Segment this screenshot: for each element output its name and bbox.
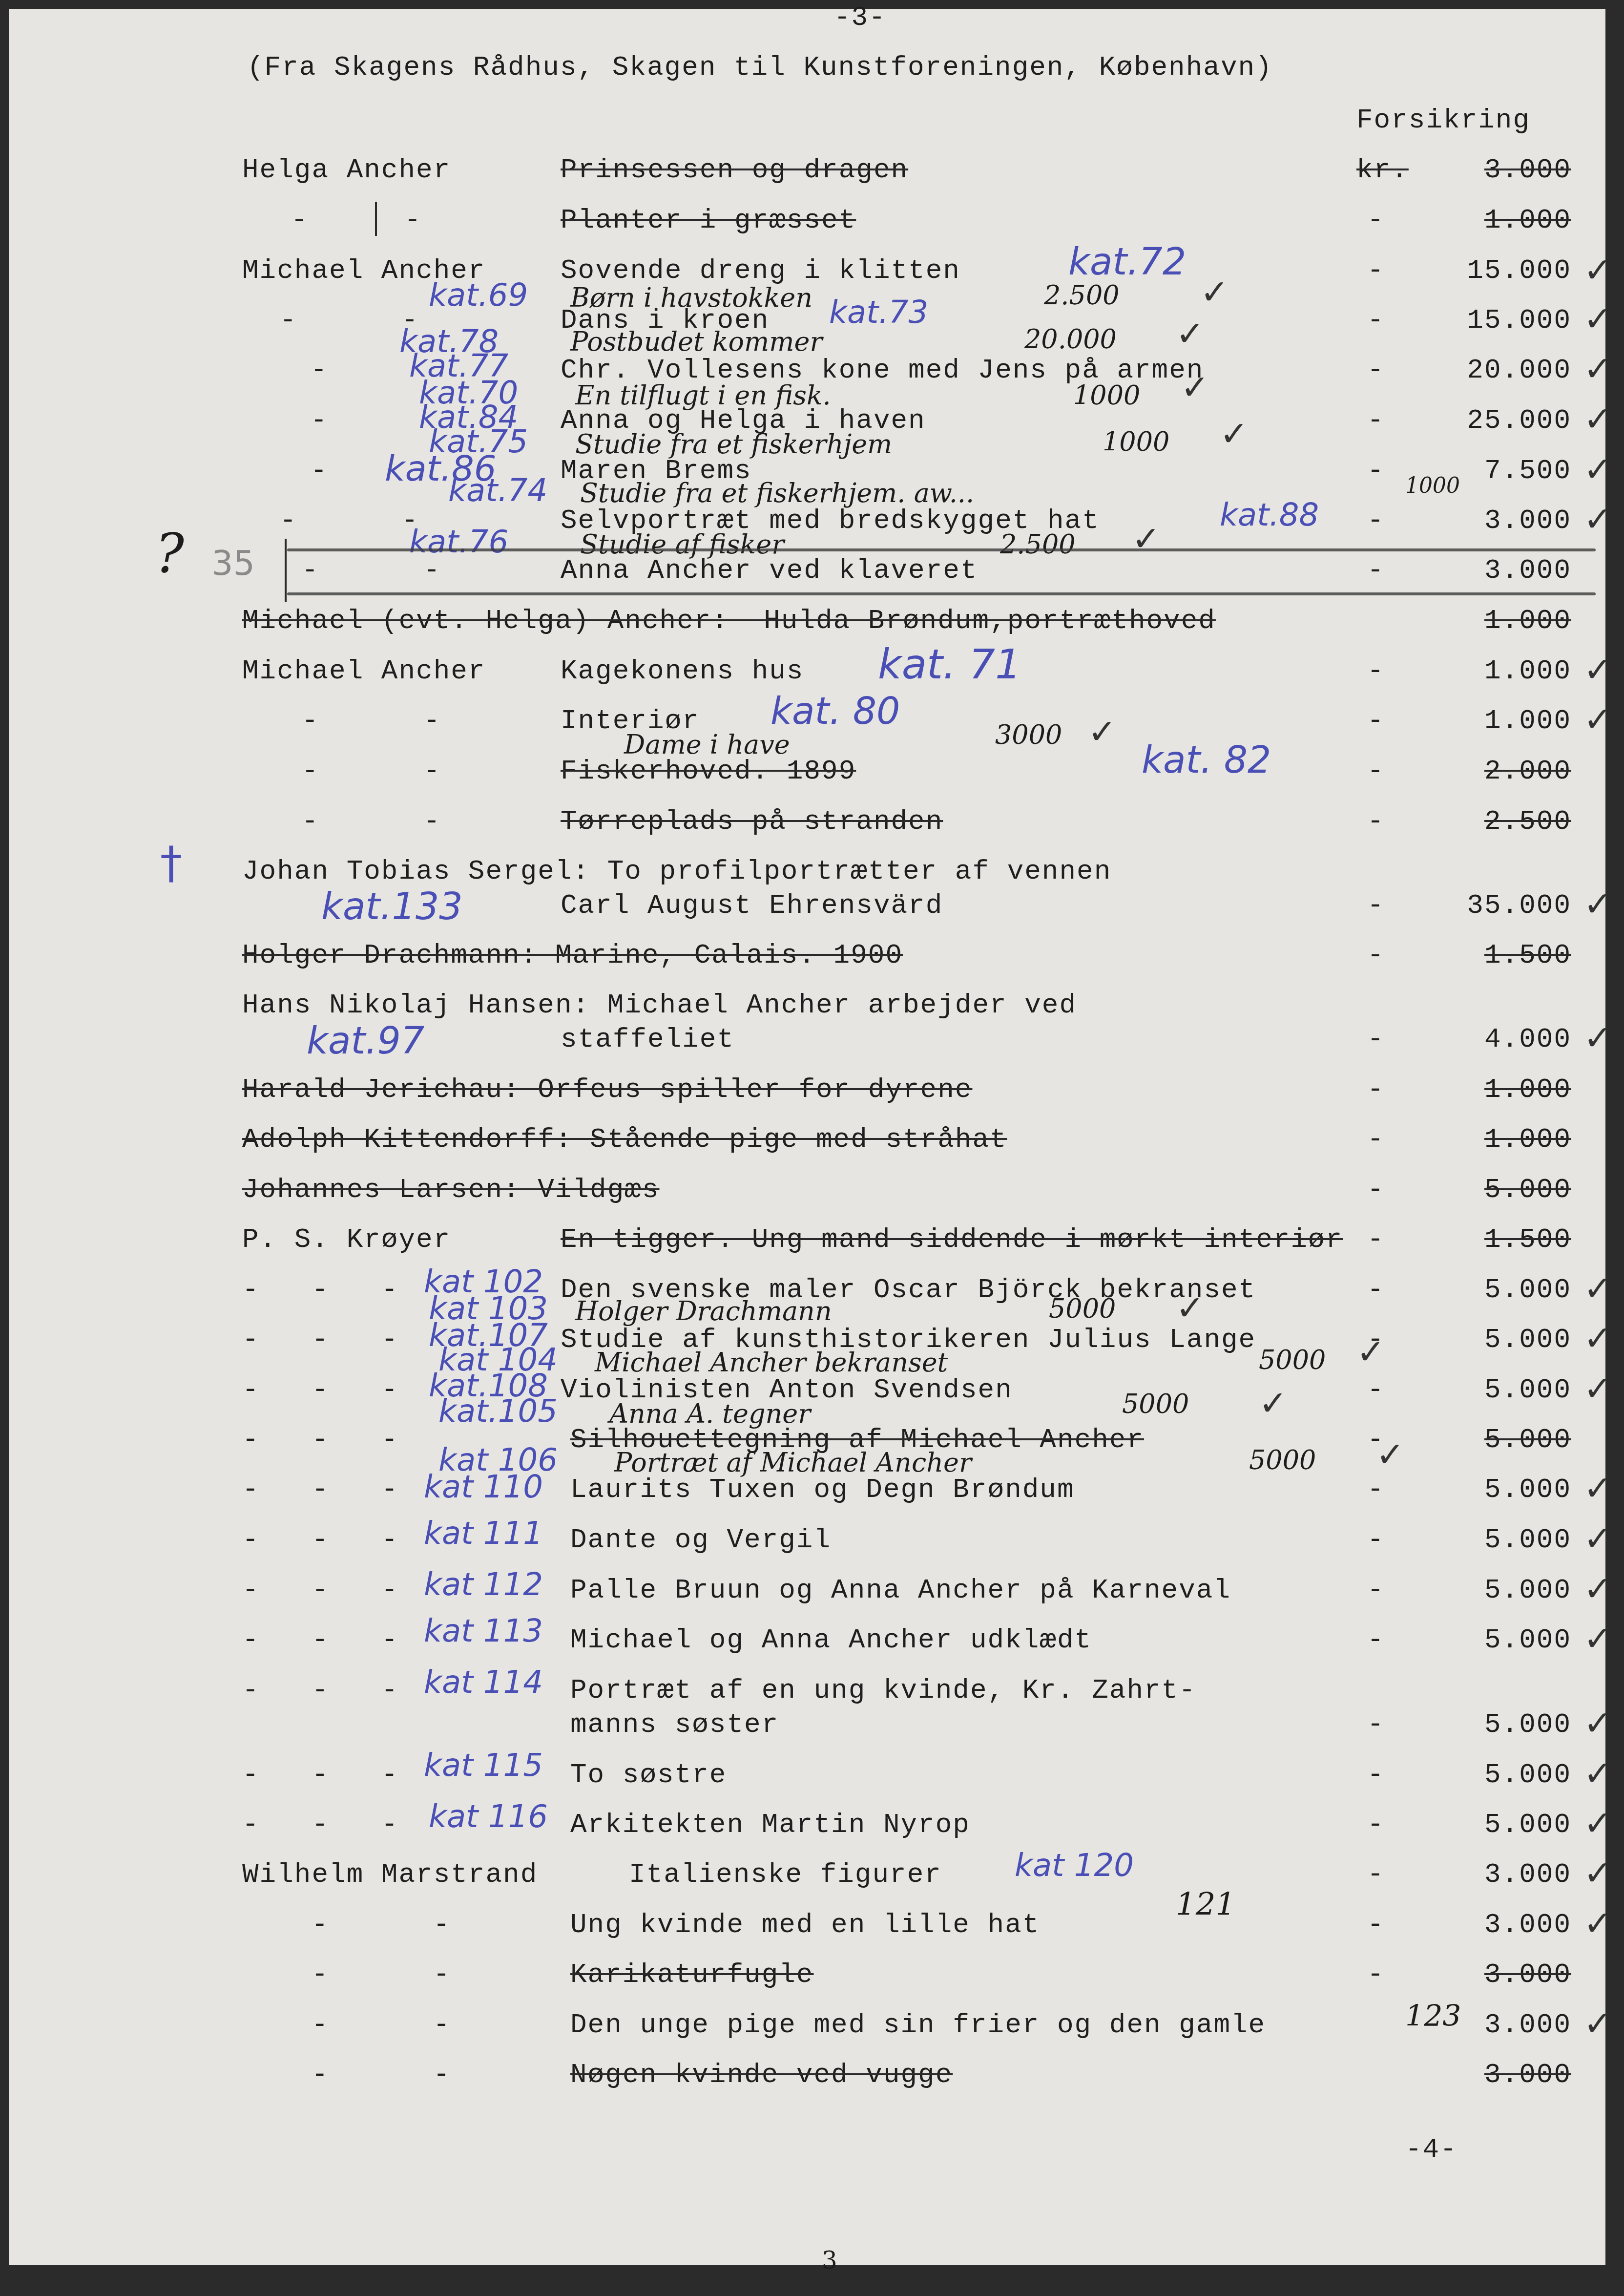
check-mark-icon: ✓ xyxy=(1583,1906,1612,1940)
ditto-mark: - xyxy=(1367,892,1384,919)
artist-name: P. S. Krøyer xyxy=(242,1226,451,1253)
artwork-title: Palle Bruun og Anna Ancher på Karneval xyxy=(570,1577,1231,1604)
insurance-amount: 25.000 xyxy=(1444,407,1571,434)
check-mark-icon: ✓ xyxy=(1356,1335,1385,1369)
column-header-forsikring: Forsikring xyxy=(1356,106,1530,134)
catalog-number: kat. 80 xyxy=(770,693,900,730)
handwritten-amount: 1000 xyxy=(1103,429,1169,455)
ditto-mark: - xyxy=(1367,1376,1384,1404)
check-mark-icon: ✓ xyxy=(1583,452,1612,486)
ditto-marks: - - xyxy=(312,2061,451,2088)
catalog-number: kat.72 xyxy=(1068,243,1186,280)
insurance-amount: 1.000 xyxy=(1444,657,1571,685)
check-mark-icon: ✓ xyxy=(1583,1806,1612,1840)
insurance-amount: 2.000 xyxy=(1444,758,1571,785)
artist-name: Wilhelm Marstrand xyxy=(242,1861,538,1888)
insurance-amount: 5.000 xyxy=(1444,1326,1571,1353)
artwork-title: Arkitekten Martin Nyrop xyxy=(570,1811,970,1838)
ditto-mark: - xyxy=(1367,1577,1384,1604)
check-mark-icon: ✓ xyxy=(1088,715,1117,749)
ditto-mark: - xyxy=(1367,1811,1384,1838)
insurance-amount: 4.000 xyxy=(1444,1026,1571,1053)
ditto-mark: - xyxy=(1367,357,1384,384)
bottom-hand-mark: 3 xyxy=(822,2248,837,2273)
catalog-number: kat 115 xyxy=(424,1750,543,1781)
insurance-amount: 20.000 xyxy=(1444,357,1571,384)
ditto-mark: - xyxy=(1367,1911,1384,1938)
check-mark-icon: ✓ xyxy=(1583,2006,1612,2041)
handwritten-title: Postbudet kommer xyxy=(570,329,822,355)
catalog-number: kat.69 xyxy=(429,280,528,311)
ditto-mark: - xyxy=(311,357,327,384)
insurance-amount: 5.000 xyxy=(1444,1476,1571,1503)
ditto-marks: - - xyxy=(280,307,419,334)
catalog-number: kat.97 xyxy=(307,1022,424,1059)
ditto-marks: - - xyxy=(312,1911,451,1938)
ditto-mark: - xyxy=(1367,207,1384,234)
check-mark-icon: ✓ xyxy=(1583,1271,1612,1306)
ditto-mark: - xyxy=(311,407,327,434)
catalog-number: kat 114 xyxy=(424,1667,543,1698)
ditto-mark: - xyxy=(1367,1961,1384,1988)
insurance-amount: 3.000 xyxy=(1444,1911,1571,1938)
insurance-amount: 5.000 xyxy=(1444,1761,1571,1789)
insurance-amount: 7.500 xyxy=(1444,457,1571,484)
ditto-mark: - xyxy=(1367,1861,1384,1888)
artwork-title-struck: Planter i græsset xyxy=(561,207,856,234)
catalog-number: kat 120 xyxy=(1015,1850,1134,1881)
check-mark-icon: ✓ xyxy=(1583,1471,1612,1505)
ditto-mark: - xyxy=(1367,758,1384,785)
artwork-title: Den unge pige med sin frier og den gamle xyxy=(570,2011,1266,2039)
ditto-mark: - xyxy=(1367,407,1384,434)
document-subtitle: (Fra Skagens Rådhus, Skagen til Kunstfor… xyxy=(247,54,1273,81)
artwork-title: Dante og Vergil xyxy=(570,1526,831,1554)
handwritten-amount: 5000 xyxy=(1259,1347,1326,1373)
insurance-amount: 5.000 xyxy=(1444,1626,1571,1654)
insurance-amount: 3.000 xyxy=(1444,2011,1571,2039)
handwritten-amount: 5000 xyxy=(1249,1447,1316,1474)
artwork-line: Johan Tobias Sergel: To profilportrætter… xyxy=(242,858,1111,885)
ditto-marks: - - xyxy=(312,1961,451,1988)
insurance-amount: 1.000 xyxy=(1444,1126,1571,1153)
ditto-mark: - xyxy=(1367,1026,1384,1053)
check-mark-icon: ✓ xyxy=(1376,1437,1405,1472)
check-mark-icon: ✓ xyxy=(1583,702,1612,737)
artwork-title: Michael og Anna Ancher udklædt xyxy=(570,1626,1092,1654)
handwritten-title: Anna A. tegner xyxy=(609,1401,811,1427)
handwritten-amount: 2.500 xyxy=(1044,282,1120,309)
ditto-mark: - xyxy=(1367,507,1384,534)
artwork-line-struck: Michael (evt. Helga) Ancher: Hulda Brønd… xyxy=(242,607,1216,634)
check-mark-icon: ✓ xyxy=(1583,1321,1612,1355)
catalog-number: kat. 82 xyxy=(1142,741,1271,779)
ditto-mark: - xyxy=(311,457,327,484)
handwritten-amount: 1000 xyxy=(1073,382,1140,409)
page-number-bottom: -4- xyxy=(1405,2136,1457,2163)
check-mark-icon: ✓ xyxy=(1176,316,1205,351)
check-mark-icon: ✓ xyxy=(1583,1521,1612,1556)
ditto-mark: - xyxy=(1367,257,1384,284)
insurance-amount: 15.000 xyxy=(1444,257,1571,284)
artwork-line: staffeliet xyxy=(561,1026,734,1053)
margin-grey-number: 35 xyxy=(211,546,255,580)
document-page: -3- (Fra Skagens Rådhus, Skagen til Kuns… xyxy=(9,9,1605,2265)
check-mark-icon: ✓ xyxy=(1583,352,1612,386)
check-mark-icon: ✓ xyxy=(1220,417,1249,451)
ditto-mark: - xyxy=(291,207,308,234)
check-mark-icon: ✓ xyxy=(1259,1386,1288,1420)
insurance-amount: 1.000 xyxy=(1444,607,1571,634)
check-mark-icon: ✓ xyxy=(1583,1371,1612,1406)
ditto-mark: - xyxy=(1367,808,1384,835)
artwork-title: Laurits Tuxen og Degn Brøndum xyxy=(570,1476,1075,1503)
catalog-number: kat.88 xyxy=(1220,500,1319,531)
catalog-number: 121 xyxy=(1176,1889,1235,1920)
catalog-number: kat 110 xyxy=(424,1472,543,1503)
insurance-amount: 1.500 xyxy=(1444,942,1571,969)
ditto-mark: - xyxy=(1367,942,1384,969)
artwork-title: To søstre xyxy=(570,1761,727,1789)
check-mark-icon: ✓ xyxy=(1176,1291,1205,1325)
check-mark-icon: ✓ xyxy=(1583,253,1612,287)
ditto-mark: - xyxy=(1367,1076,1384,1103)
artwork-line-struck: Harald Jerichau: Orfeus spiller for dyre… xyxy=(242,1076,972,1103)
insurance-amount: 5.000 xyxy=(1444,1526,1571,1554)
check-mark-icon: ✓ xyxy=(1583,1706,1612,1740)
artwork-title-struck: Karikaturfugle xyxy=(570,1961,813,1988)
ditto-mark: - xyxy=(1367,1126,1384,1153)
check-mark-icon: ✓ xyxy=(1583,1856,1612,1890)
ditto-mark: - xyxy=(1367,1526,1384,1554)
artwork-title-struck: Prinsessen og dragen xyxy=(561,156,908,184)
insurance-amount: 5.000 xyxy=(1444,1426,1571,1453)
artwork-title-struck: En tigger. Ung mand siddende i mørkt int… xyxy=(561,1226,1343,1253)
check-mark-icon: ✓ xyxy=(1583,1756,1612,1790)
artwork-title: Sovende dreng i klitten xyxy=(561,257,960,284)
check-mark-icon: ✓ xyxy=(1583,1021,1612,1055)
ditto-marks: - - xyxy=(312,2011,451,2039)
artwork-line: Hans Nikolaj Hansen: Michael Ancher arbe… xyxy=(242,991,1077,1019)
strike-line xyxy=(287,548,1596,551)
currency-prefix: kr. xyxy=(1356,156,1409,184)
insurance-amount: 3.000 xyxy=(1444,2061,1571,2088)
insurance-amount: 15.000 xyxy=(1444,307,1571,334)
insurance-amount: 5.000 xyxy=(1444,1577,1571,1604)
artwork-title: Italienske figurer xyxy=(629,1861,942,1888)
artwork-title-struck: Fiskerhoved. 1899 xyxy=(561,758,856,785)
insurance-amount: 5.000 xyxy=(1444,1176,1571,1203)
catalog-number: kat 113 xyxy=(424,1616,543,1647)
page-number-top: -3- xyxy=(834,4,886,31)
insurance-amount: 3.000 xyxy=(1444,557,1571,584)
handwritten-amount: 1000 xyxy=(1405,475,1460,497)
insurance-amount: 1.000 xyxy=(1444,707,1571,735)
ditto-marks: - - xyxy=(302,758,441,785)
handwritten-title: Holger Drachmann xyxy=(575,1298,832,1325)
catalog-number: kat 116 xyxy=(429,1801,548,1833)
insurance-amount: 1.000 xyxy=(1444,207,1571,234)
artwork-title: Kagekonens hus xyxy=(561,657,804,685)
artwork-line-struck: Adolph Kittendorff: Stående pige med str… xyxy=(242,1126,1007,1153)
ditto-marks: - - - xyxy=(242,1276,398,1304)
insurance-amount: 5.000 xyxy=(1444,1376,1571,1404)
insurance-amount: 1.000 xyxy=(1444,1076,1571,1103)
artwork-title-struck: Tørreplads på stranden xyxy=(561,808,943,835)
catalog-number: kat.76 xyxy=(409,527,508,558)
handwritten-amount: 5000 xyxy=(1122,1391,1189,1417)
artist-name: Helga Ancher xyxy=(242,156,451,184)
deletion-bracket xyxy=(375,202,377,236)
margin-cross-mark: † xyxy=(160,842,182,885)
check-mark-icon: ✓ xyxy=(1583,502,1612,536)
handwritten-amount: 3000 xyxy=(995,722,1062,748)
ditto-mark: - xyxy=(1367,1176,1384,1203)
handwritten-amount: 20.000 xyxy=(1024,326,1117,353)
ditto-mark: - xyxy=(1367,1761,1384,1789)
ditto-mark: - xyxy=(1367,307,1384,334)
insurance-amount: 1.500 xyxy=(1444,1226,1571,1253)
ditto-marks: - - - xyxy=(242,1376,398,1404)
catalog-number: kat.105 xyxy=(438,1396,558,1427)
handwritten-title: Studie fra et fiskerhjem. aw... xyxy=(580,480,974,506)
handwritten-title: Studie fra et fiskerhjem xyxy=(575,431,892,458)
ditto-mark: - xyxy=(1367,457,1384,484)
ditto-marks: - - xyxy=(280,507,419,534)
catalog-number: kat.133 xyxy=(321,888,463,925)
handwritten-amount: 5000 xyxy=(1049,1296,1116,1322)
insurance-amount: 2.500 xyxy=(1444,808,1571,835)
handwritten-amount: 2.500 xyxy=(1000,531,1076,558)
catalog-number: kat 112 xyxy=(424,1569,543,1601)
insurance-amount: 5.000 xyxy=(1444,1276,1571,1304)
ditto-marks: - - - xyxy=(242,1626,398,1654)
handwritten-title: Studie af fisker xyxy=(580,531,784,558)
insurance-amount: 5.000 xyxy=(1444,1811,1571,1838)
ditto-marks: - - xyxy=(302,707,441,735)
artwork-title-struck: Nøgen kvinde ved vugge xyxy=(570,2061,953,2088)
ditto-marks: - - - xyxy=(242,1426,398,1453)
ditto-mark: - xyxy=(1367,707,1384,735)
ditto-marks: - - - xyxy=(242,1811,398,1838)
handwritten-title: Dame i have xyxy=(624,732,790,758)
catalog-number: kat.74 xyxy=(448,475,547,506)
ditto-mark: - xyxy=(404,207,421,234)
ditto-marks: - - - xyxy=(242,1761,398,1789)
artwork-title-struck: Anna Ancher ved klaveret xyxy=(561,557,978,584)
insurance-amount: 3.000 xyxy=(1444,1961,1571,1988)
ditto-marks: - - xyxy=(302,557,441,584)
check-mark-icon: ✓ xyxy=(1583,653,1612,687)
strike-line xyxy=(287,592,1596,595)
check-mark-icon: ✓ xyxy=(1583,302,1612,336)
artwork-line-struck: Holger Drachmann: Marine, Calais. 1900 xyxy=(242,942,903,969)
handwritten-title: Portræt af Michael Ancher xyxy=(614,1450,972,1476)
insurance-amount: 35.000 xyxy=(1444,892,1571,919)
artwork-line: Portræt af en ung kvinde, Kr. Zahrt- xyxy=(570,1677,1196,1704)
ditto-mark: - xyxy=(1367,657,1384,685)
artwork-line-struck: Johannes Larsen: Vildgæs xyxy=(242,1176,660,1203)
catalog-number: kat 111 xyxy=(424,1518,543,1549)
check-mark-icon: ✓ xyxy=(1583,1572,1612,1606)
artwork-title: Ung kvinde med en lille hat xyxy=(570,1911,1040,1938)
check-mark-icon: ✓ xyxy=(1583,887,1612,921)
ditto-mark: - xyxy=(1367,1276,1384,1304)
insurance-amount: 3.000 xyxy=(1444,156,1571,184)
artist-name: Michael Ancher xyxy=(242,657,485,685)
ditto-marks: - - - xyxy=(242,1526,398,1554)
ditto-mark: - xyxy=(1367,1626,1384,1654)
ditto-marks: - - - xyxy=(242,1677,398,1704)
insurance-amount: 5.000 xyxy=(1444,1711,1571,1738)
catalog-number: kat.73 xyxy=(829,297,928,328)
ditto-marks: - - - xyxy=(242,1326,398,1353)
check-mark-icon: ✓ xyxy=(1583,402,1612,436)
check-mark-icon: ✓ xyxy=(1181,370,1209,404)
handwritten-title: Michael Ancher bekranset xyxy=(595,1349,948,1376)
check-mark-icon: ✓ xyxy=(1200,275,1229,309)
ditto-marks: - - xyxy=(302,808,441,835)
ditto-mark: - xyxy=(1367,557,1384,584)
insurance-amount: 3.000 xyxy=(1444,1861,1571,1888)
insurance-amount: 3.000 xyxy=(1444,507,1571,534)
ditto-mark: - xyxy=(1367,1476,1384,1503)
margin-question-mark: ? xyxy=(155,527,184,580)
ditto-mark: - xyxy=(1367,1711,1384,1738)
ditto-mark: - xyxy=(1367,1226,1384,1253)
artwork-line: manns søster xyxy=(570,1711,779,1738)
deletion-bracket xyxy=(285,539,287,602)
artwork-line: Carl August Ehrensvärd xyxy=(561,892,943,919)
ditto-marks: - - - xyxy=(242,1476,398,1503)
check-mark-icon: ✓ xyxy=(1583,1622,1612,1656)
ditto-marks: - - - xyxy=(242,1577,398,1604)
catalog-number: kat. 71 xyxy=(878,644,1021,685)
